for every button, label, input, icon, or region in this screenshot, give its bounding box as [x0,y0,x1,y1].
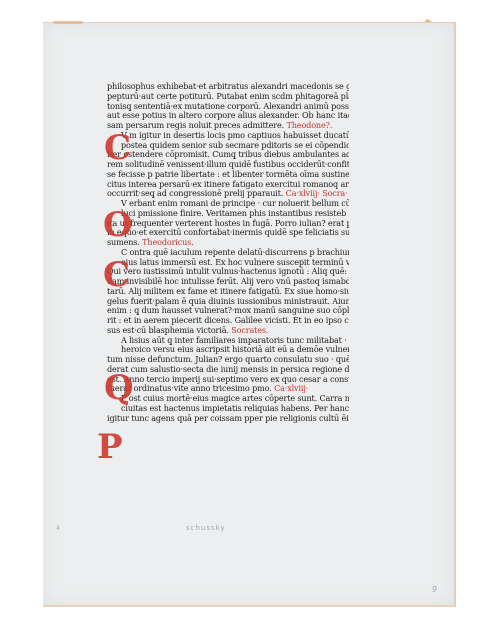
text-line: igitur tunc agens quā per coissam pper p… [107,414,349,424]
text-line: sus est·cū blasphemia victoriā. Socrates… [107,326,349,336]
drop-cap: Q [104,373,134,403]
drop-cap: P [97,432,123,462]
text-line: eius latus immersū est. Ex hoc vulnere s… [107,258,349,268]
text-line: rit : et in aerem piecerit dicens. Galil… [107,316,349,326]
drop-cap: C [103,260,130,290]
text-line: heroico versu eius ascripsit historiā ai… [107,345,349,355]
text-line: tum nisse defunctum. Julian? ergo quarto… [107,355,349,365]
text-block: philosophus exhibebat·et arbitratus alex… [107,82,349,423]
text-line: ciuitas est hactenus impietatis reliquia… [107,404,349,414]
text-line: postea quidem senior sub secmare pditori… [107,141,349,151]
text-line: dam invisibilē hoc intulisse ferūt. Alij… [107,277,349,287]
text-line: iter ostendere cōpromisit. Cumq̧ tribus … [107,150,349,160]
text-line: pepturū·aut certe potiturū. Putabat enim… [107,92,349,102]
text-line: gelus fuerit·palam ē quia diuinis iussio… [107,297,349,307]
text-line: sumens. Theodoricus. [107,238,349,248]
text-line: A lisius aūt q̧ inter familiares imparat… [107,336,349,346]
text-line: C ontra quē iaculum repente delatū·discu… [107,248,349,258]
text-line: luci pmissione finire. Veritamen phis in… [107,209,349,219]
text-line: Qui vero iustissimū intulit vulnus·hacte… [107,267,349,277]
text-line: V m igitur in desertis locis pmo captiuo… [107,131,349,141]
text-line: fuerat ordinatus·vite anno tricesimo pmo… [107,384,349,394]
text-line: est. Anno tercio imperij sui·septimo ver… [107,375,349,385]
drop-cap: C [104,133,131,163]
text-line: rem solitudinē venissent·illum quidē fus… [107,160,349,170]
drop-cap: O [103,210,133,240]
text-line: philosophus exhibebat·et arbitratus alex… [107,82,349,92]
text-line: aut esse potius in altero corpore alius … [107,111,349,121]
pencil-note-left: 4 [56,525,60,532]
pencil-note-bottom: schussky [186,524,226,532]
text-line: sam persarum regis noluit preces admitte… [107,121,349,131]
text-line: in equo·et exercitū confortabat·inermis … [107,228,349,238]
text-line: V erbant enim romani de principe · cur n… [107,199,349,209]
text-line: P ost cuius mortē·eius magice artes cōpe… [107,394,349,404]
text-line: occurrit·seq̧ ad congressionē prelij ppa… [107,189,349,199]
text-line: tonisq̧ sententiā·ex mutatione corporū. … [107,102,349,112]
text-line: se fecisse p patrie libertate : et liben… [107,170,349,180]
text-line: ita ut frequenter verterent hostes in fu… [107,219,349,229]
text-line: citus interea persarū·ex itinere fatigat… [107,180,349,190]
text-line: derat cum salustio·secta die iunij mensi… [107,365,349,375]
text-line: tarū. Alij militem ex fame et itinere fa… [107,287,349,297]
pencil-note-folio: 9 [432,585,437,594]
text-line: enim : q̧ dum hausset vulnerat?·mox manū… [107,306,349,316]
